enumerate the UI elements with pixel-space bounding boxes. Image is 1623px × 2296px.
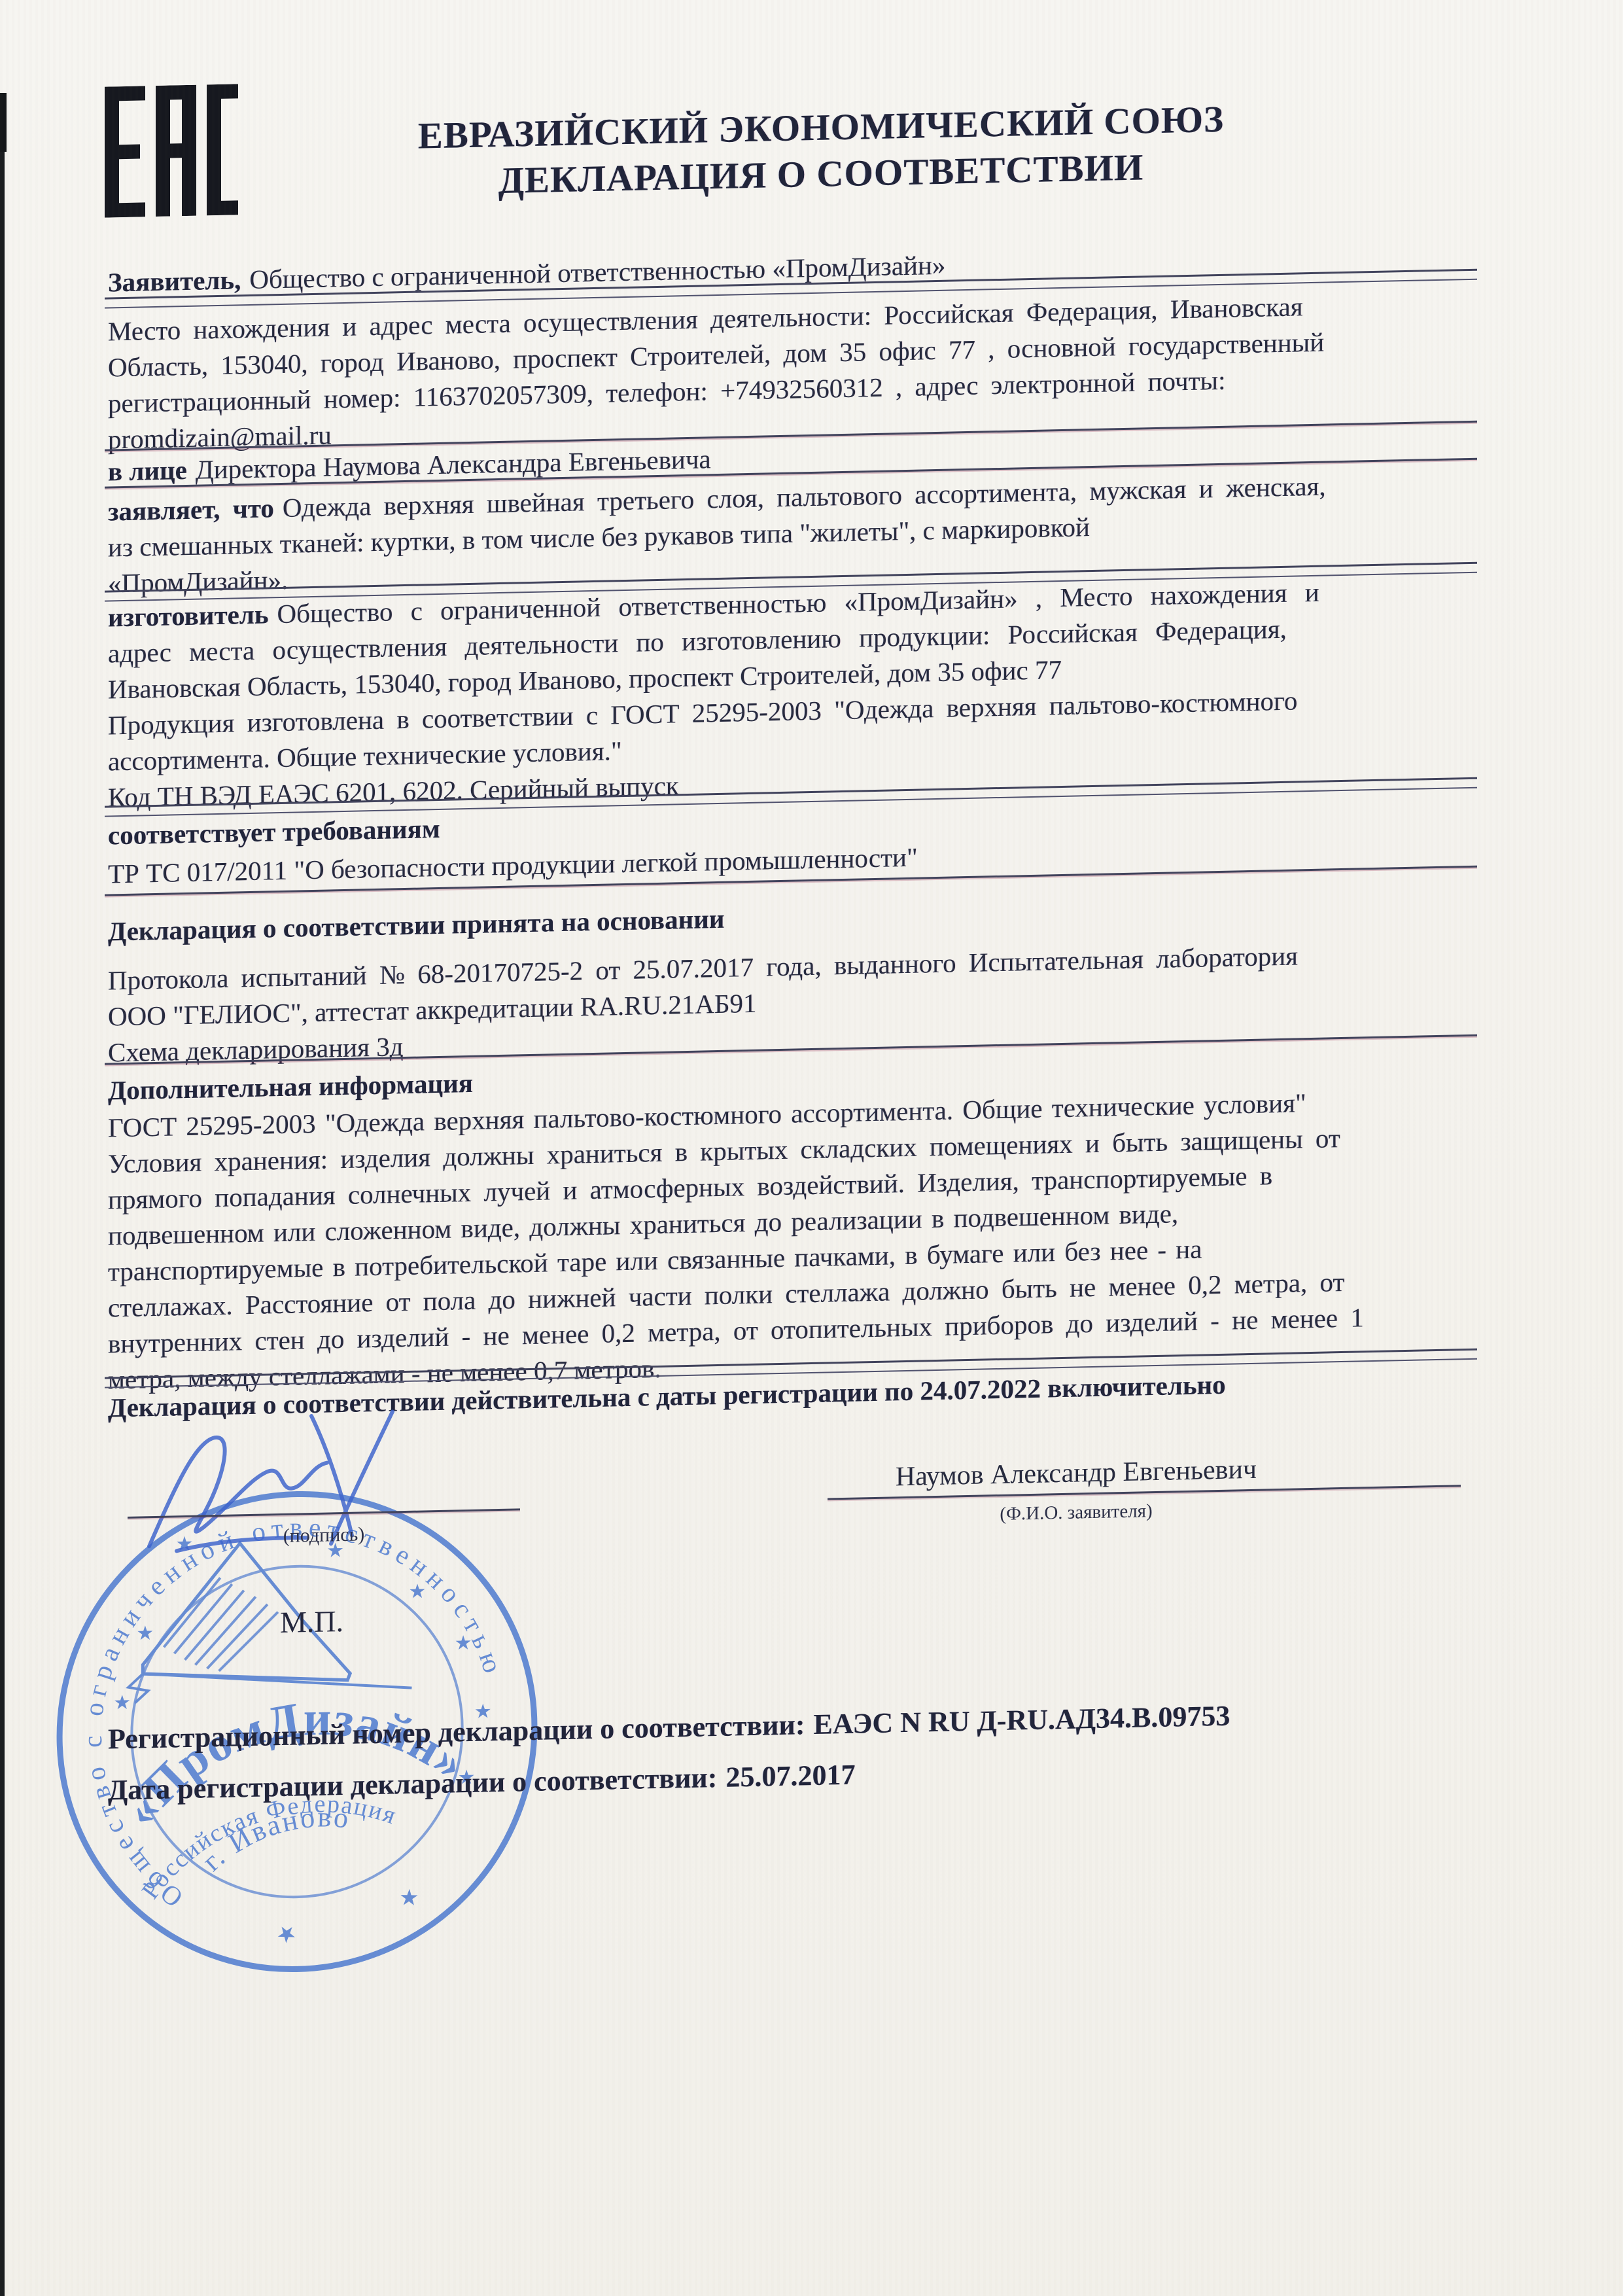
applicant-name: Наумов Александр Евгеньевич — [831, 1453, 1321, 1494]
svg-text:★: ★ — [113, 1691, 131, 1715]
in-person-value: Директора Наумова Александра Евгеньевича — [196, 444, 711, 485]
applicant-label: Заявитель, — [108, 264, 249, 298]
document-title: ЕВРАЗИЙСКИЙ ЭКОНОМИЧЕСКИЙ СОЮЗ ДЕКЛАРАЦИ… — [353, 95, 1289, 207]
svg-text:★: ★ — [276, 1920, 298, 1948]
svg-text:★: ★ — [455, 1632, 472, 1655]
manufacturer-label: изготовитель — [108, 599, 277, 632]
stamp-star-icon: ★ — [276, 1920, 298, 1948]
eac-logo-icon — [105, 84, 238, 217]
svg-text:★: ★ — [408, 1580, 426, 1604]
registration-date-value: 25.07.2017 — [725, 1759, 855, 1793]
document-page: ЕВРАЗИЙСКИЙ ЭКОНОМИЧЕСКИЙ СОЮЗ ДЕКЛАРАЦИ… — [0, 0, 1623, 2296]
name-caption: (Ф.И.О. заявителя) — [831, 1497, 1321, 1529]
stamp-place-mark: М.П. — [280, 1604, 343, 1640]
handwritten-signature — [111, 1404, 491, 1576]
stamp-star-icon: ★ — [394, 1881, 425, 1915]
svg-text:★: ★ — [136, 1622, 154, 1646]
svg-text:★: ★ — [394, 1881, 425, 1915]
registration-number-value: ЕАЭС N RU Д-RU.АД34.В.09753 — [814, 1700, 1230, 1740]
scanned-content: ЕВРАЗИЙСКИЙ ЭКОНОМИЧЕСКИЙ СОЮЗ ДЕКЛАРАЦИ… — [0, 0, 1623, 2296]
declares-label: заявляет, что — [108, 493, 283, 527]
additional-paragraph: ГОСТ 25295-2003 "Одежда верхняя пальтово… — [108, 1082, 1477, 1398]
in-person-label: в лице — [108, 455, 196, 487]
